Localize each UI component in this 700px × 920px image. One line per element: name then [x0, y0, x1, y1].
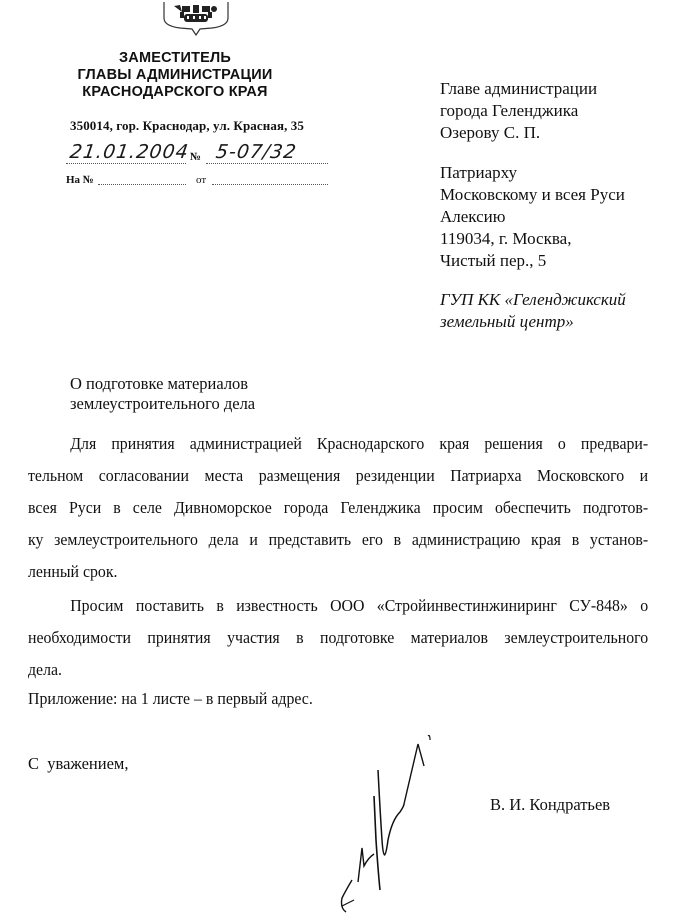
- letterhead-address: 350014, гор. Краснодар, ул. Красная, 35: [70, 118, 304, 134]
- date-number-field: 21.01.2004 № 5-07/32: [66, 143, 328, 167]
- addressee-line: Главе администрации: [440, 78, 597, 100]
- signer-name: В. И. Кондратьев: [490, 795, 610, 815]
- addressee-line: земельный центр»: [440, 311, 626, 333]
- body-line: Для принятия администрацией Краснодарско…: [28, 428, 648, 460]
- addressee-line: Патриарху: [440, 162, 625, 184]
- addressee-line: Чистый пер., 5: [440, 250, 625, 272]
- body-line: ленный срок.: [28, 556, 648, 588]
- number-label: №: [190, 151, 201, 163]
- letterhead-title-line: КРАСНОДАРСКОГО КРАЯ: [60, 84, 290, 101]
- subject-line: О подготовке материалов: [70, 374, 255, 394]
- reply-number-label: На №: [66, 174, 94, 186]
- addressee-line: города Геленджика: [440, 100, 597, 122]
- addressee-line: 119034, г. Москва,: [440, 228, 625, 250]
- number-dotted-line: [206, 163, 328, 164]
- closing-phrase: С уважением,: [28, 754, 128, 774]
- body-line: дела.: [28, 654, 648, 686]
- subject-line: землеустроительного дела: [70, 394, 255, 414]
- letter-subject: О подготовке материалов землеустроительн…: [70, 374, 255, 414]
- reply-number-dotted-line: [98, 184, 186, 185]
- addressee-line: ГУП КК «Геленджикский: [440, 289, 626, 311]
- letterhead-title-line: ЗАМЕСТИТЕЛЬ: [60, 50, 290, 67]
- attachment-note: Приложение: на 1 листе – в первый адрес.: [28, 689, 313, 709]
- body-line: всея Руси в селе Дивноморское города Гел…: [28, 492, 648, 524]
- body-line: Просим поставить в известность ООО «Стро…: [28, 590, 648, 622]
- number-value: 5-07/32: [214, 141, 298, 163]
- addressee-land-center: ГУП КК «Геленджикский земельный центр»: [440, 289, 626, 333]
- date-value: 21.01.2004: [68, 141, 190, 163]
- addressee-line: Московскому и всея Руси: [440, 184, 625, 206]
- addressee-line: Озерову С. П.: [440, 122, 597, 144]
- body-paragraph-2: Просим поставить в известность ООО «Стро…: [28, 590, 648, 686]
- body-line: ку землеустроительного дела и представит…: [28, 524, 648, 556]
- body-paragraph-1: Для принятия администрацией Краснодарско…: [28, 428, 648, 588]
- reply-from-dotted-line: [212, 184, 328, 185]
- reply-reference-field: На № от: [66, 173, 328, 189]
- addressee-gelendzhik-head: Главе администрации города Геленджика Оз…: [440, 78, 597, 144]
- body-line: тельном согласовании места размещения ре…: [28, 460, 648, 492]
- coat-of-arms-icon: [160, 0, 232, 36]
- body-line: необходимости принятия участия в подгото…: [28, 622, 648, 654]
- date-dotted-line: [66, 163, 186, 164]
- addressee-line: Алексию: [440, 206, 625, 228]
- addressee-patriarch: Патриарху Московскому и всея Руси Алекси…: [440, 162, 625, 272]
- letterhead-title-line: ГЛАВЫ АДМИНИСТРАЦИИ: [60, 67, 290, 84]
- handwritten-signature-icon: [320, 730, 440, 920]
- reply-from-label: от: [196, 174, 206, 186]
- letterhead-title: ЗАМЕСТИТЕЛЬ ГЛАВЫ АДМИНИСТРАЦИИ КРАСНОДА…: [60, 50, 290, 101]
